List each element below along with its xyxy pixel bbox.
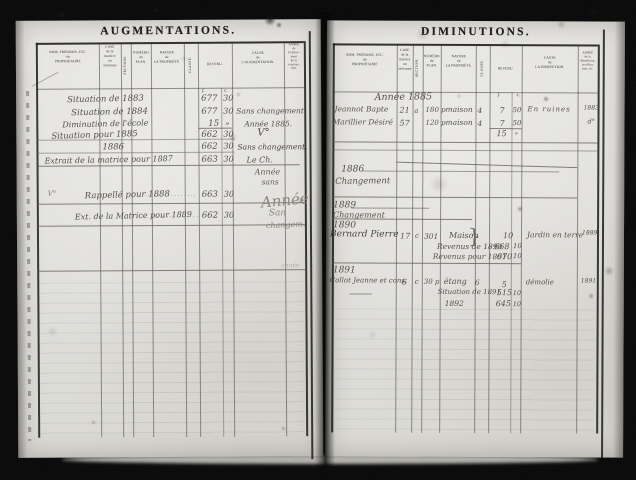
row-label: Extrait de la matrice pour 1887 <box>44 154 172 166</box>
revenue-francs: 677 <box>201 94 217 104</box>
column-header-cause: CAUSE de LA DIMINUTION. <box>523 56 576 70</box>
column-header-section: SECTION. <box>123 53 128 77</box>
stain <box>180 55 188 63</box>
row-label: Situation de 1883 <box>67 93 144 105</box>
revenue-centimes: 30 <box>224 211 234 220</box>
column-header-case: CASE de la matrice ou ancienne <box>99 45 120 68</box>
stain <box>517 206 523 212</box>
stain <box>610 13 617 20</box>
revenue-centimes: 30 <box>224 190 234 199</box>
year-value: 1883 <box>584 104 599 111</box>
case-number: 17 <box>400 232 410 241</box>
revenue-total-francs: 15 <box>496 129 506 138</box>
plan-number: 120 p <box>425 119 445 127</box>
right-page-title: DIMINUTIONS. <box>337 25 615 38</box>
sub-row-label: 1892 <box>445 299 464 308</box>
ink-underline <box>361 171 559 173</box>
revenue-centimes: 30 <box>223 94 233 103</box>
right-page-edge-shadow <box>613 22 625 458</box>
cause-note: V° <box>257 127 269 138</box>
cause-note: En ruines <box>528 105 571 113</box>
row-label: 1886 <box>102 142 124 152</box>
column-header-revenu: REVENU. <box>491 67 521 72</box>
row-label: Situation de 1884 <box>71 106 148 118</box>
column-header-nom: NOM, PRÉNOMS, ETC. du PROPRIÉTAIRE <box>336 53 394 67</box>
sub-row-label: Revenus pour 1891 <box>433 252 507 261</box>
revenue-centimes: 30 <box>223 155 233 164</box>
page-edge-rule <box>309 31 313 459</box>
classe-value: 6 <box>475 278 480 287</box>
faint-rulings <box>40 281 304 437</box>
revenue-centimes: 30 <box>223 107 233 116</box>
revenue-francs: 662 <box>201 130 217 140</box>
header-rule <box>36 87 304 90</box>
changement-note: Changement <box>333 210 385 219</box>
revenue-centimes: 50 <box>512 119 521 127</box>
margin-note: Année <box>255 167 281 176</box>
left-page-binding-shadow <box>16 21 28 458</box>
row-label: Diminution de l'école <box>62 118 148 129</box>
revenue-francs: 645 <box>496 299 511 308</box>
ink-line <box>37 224 305 227</box>
revenue-centimes: 10 <box>513 289 521 297</box>
stain <box>296 196 305 205</box>
revenue-francs: 662 <box>201 142 217 152</box>
table-border <box>304 41 308 436</box>
case-number: 21 <box>400 106 410 115</box>
column-header-classe: CLASSE. <box>480 56 485 80</box>
owner-name: Bernard Pierre <box>330 229 399 239</box>
left-page-augmentations: AUGMENTATIONS. NOM, PRÉNOMS, ETC. du PRO… <box>16 19 324 458</box>
column-header-numero: NUMÉRO du PLAN. <box>422 55 442 69</box>
stain <box>415 28 431 40</box>
revenue-centimes: » <box>225 120 229 128</box>
stain <box>586 6 599 19</box>
stain <box>588 293 594 299</box>
column-header-numero: NUMÉRO du PLAN. <box>129 51 152 65</box>
case-number: 57 <box>399 119 409 128</box>
revenue-francs: 663 <box>202 190 218 200</box>
stain <box>236 92 241 97</box>
dotted-leader: ................ <box>157 213 199 219</box>
stain <box>557 20 566 29</box>
section-letter: c <box>415 232 419 240</box>
column-header-nom: NOM, PRÉNOMS, ETC. du PROPRIÉTAIRE <box>39 50 97 64</box>
ink-underline <box>351 207 429 208</box>
year-value: 1891 <box>581 277 596 284</box>
page-edge-rule <box>601 30 604 458</box>
year-heading: Année 1885 <box>375 91 433 103</box>
revenue-francs: 677 <box>201 107 217 117</box>
centimes-unit: c. <box>517 93 521 98</box>
stain <box>543 96 549 102</box>
revenue-total-centimes: » <box>514 130 518 137</box>
ink-line <box>332 141 597 143</box>
stain <box>368 330 377 339</box>
ink-line <box>332 149 597 151</box>
property-nature: étang <box>444 277 467 286</box>
ink-underline <box>350 293 372 294</box>
owner-name: Marillier Désiré <box>332 117 393 126</box>
stain <box>58 12 67 18</box>
plan-number: 30 p <box>424 278 440 286</box>
plan-number: 180 p <box>426 106 446 114</box>
column-header-classe: CLASSE. <box>188 53 193 77</box>
check-mark: V° <box>48 190 57 198</box>
right-page-diminutions: DIMINUTIONS. NOM, PRÉNOMS, ETC. du PROPR… <box>325 20 625 457</box>
classe-value: 4 <box>478 106 483 115</box>
margin-note-faint: année <box>281 262 299 269</box>
changement-note: Changement <box>335 176 390 187</box>
table-border <box>36 41 304 44</box>
table-border <box>596 45 599 434</box>
revenue-francs: 10 <box>503 231 513 240</box>
property-nature: maison <box>445 118 472 127</box>
faint-rulings <box>334 308 595 434</box>
stain <box>281 426 286 431</box>
revenue-francs: 662 <box>202 211 218 221</box>
stain <box>228 133 237 142</box>
stain <box>500 40 510 48</box>
column-header-annee: ANNÉE de l'achève- ment de la construc- … <box>284 43 304 71</box>
cause-note: démolie <box>526 278 554 286</box>
left-page-title: AUGMENTATIONS. <box>26 24 311 38</box>
cause-note: Jardin en terre <box>527 230 583 239</box>
column-header-revenu: REVENU. <box>199 63 232 68</box>
ink-line <box>37 269 305 272</box>
revenue-francs: - 668 <box>489 242 510 251</box>
cause-note: Sans changement <box>236 106 304 115</box>
scanned-register-spread: AUGMENTATIONS. NOM, PRÉNOMS, ETC. du PRO… <box>0 0 636 480</box>
margin-note: San <box>269 208 286 218</box>
owner-name: Collot Jeanne et cons. <box>330 276 407 284</box>
revenue-francs: 663 <box>201 155 217 165</box>
stain <box>604 266 614 276</box>
stain <box>456 93 462 99</box>
cause-note: Le Ch. <box>246 155 272 164</box>
cause-note: Sans changement. <box>237 142 307 151</box>
column-header-cause: CAUSE de L'AUGMENTATION. <box>233 51 283 65</box>
slanted-line <box>396 162 577 169</box>
table-border <box>36 43 40 438</box>
revenue-francs: 515 <box>497 288 512 297</box>
revenue-francs: 670 <box>497 252 512 261</box>
revenue-centimes: 10 <box>513 242 522 250</box>
year-value: d° <box>587 117 594 125</box>
year-heading: 1886 <box>341 164 364 174</box>
column-header-case: CASE de la matrice ou ancienne <box>396 49 413 72</box>
francs-unit: f. <box>498 93 501 98</box>
table-border <box>333 43 598 46</box>
margin-note: sans <box>262 177 279 186</box>
revenue-centimes: 30 <box>223 142 233 151</box>
sub-row-label: Situation de 1891 <box>438 288 501 296</box>
dotted-leader: ................ <box>145 192 199 198</box>
plan-number: 301 <box>424 232 438 241</box>
year-heading: 1891 <box>333 265 356 275</box>
revenue-francs: 7 <box>500 106 505 115</box>
column-header-nature: NATURE de LA PROPRIÉTÉ. <box>151 51 184 65</box>
revenue-centimes: 50 <box>513 106 522 114</box>
case-number: 6 <box>402 278 407 287</box>
column-header-nature: NATURE de LA PROPRIÉTÉ. <box>443 55 476 69</box>
stain <box>428 176 450 192</box>
revenue-francs: 7 <box>499 119 504 128</box>
ink-line <box>332 196 577 198</box>
header-rule <box>333 91 598 93</box>
ink-line <box>332 262 521 264</box>
stain <box>264 14 276 26</box>
revenue-francs: 15 <box>208 119 219 129</box>
column-header-annee: ANNÉE de la démolition, rectifica- tion,… <box>578 51 598 71</box>
margin-note: changem. <box>266 219 306 230</box>
column-header-section: SECTION. <box>415 56 420 80</box>
year-heading: 1889 <box>333 200 356 210</box>
page-gutter-shadow <box>315 12 335 468</box>
classe-value: 4 <box>477 119 482 128</box>
property-nature: maison <box>446 105 473 114</box>
stain <box>47 326 58 337</box>
ink-line <box>36 152 234 154</box>
revenue-centimes: 10 <box>513 300 521 308</box>
section-letter: c <box>415 278 419 286</box>
stain <box>152 7 159 14</box>
stain <box>91 420 96 425</box>
section-letter: a <box>415 107 419 115</box>
revenue-centimes: 10 <box>513 252 522 260</box>
year-value: 1889 <box>582 229 597 236</box>
stain <box>276 22 282 28</box>
owner-name: Jeannot Bapte <box>335 104 389 113</box>
